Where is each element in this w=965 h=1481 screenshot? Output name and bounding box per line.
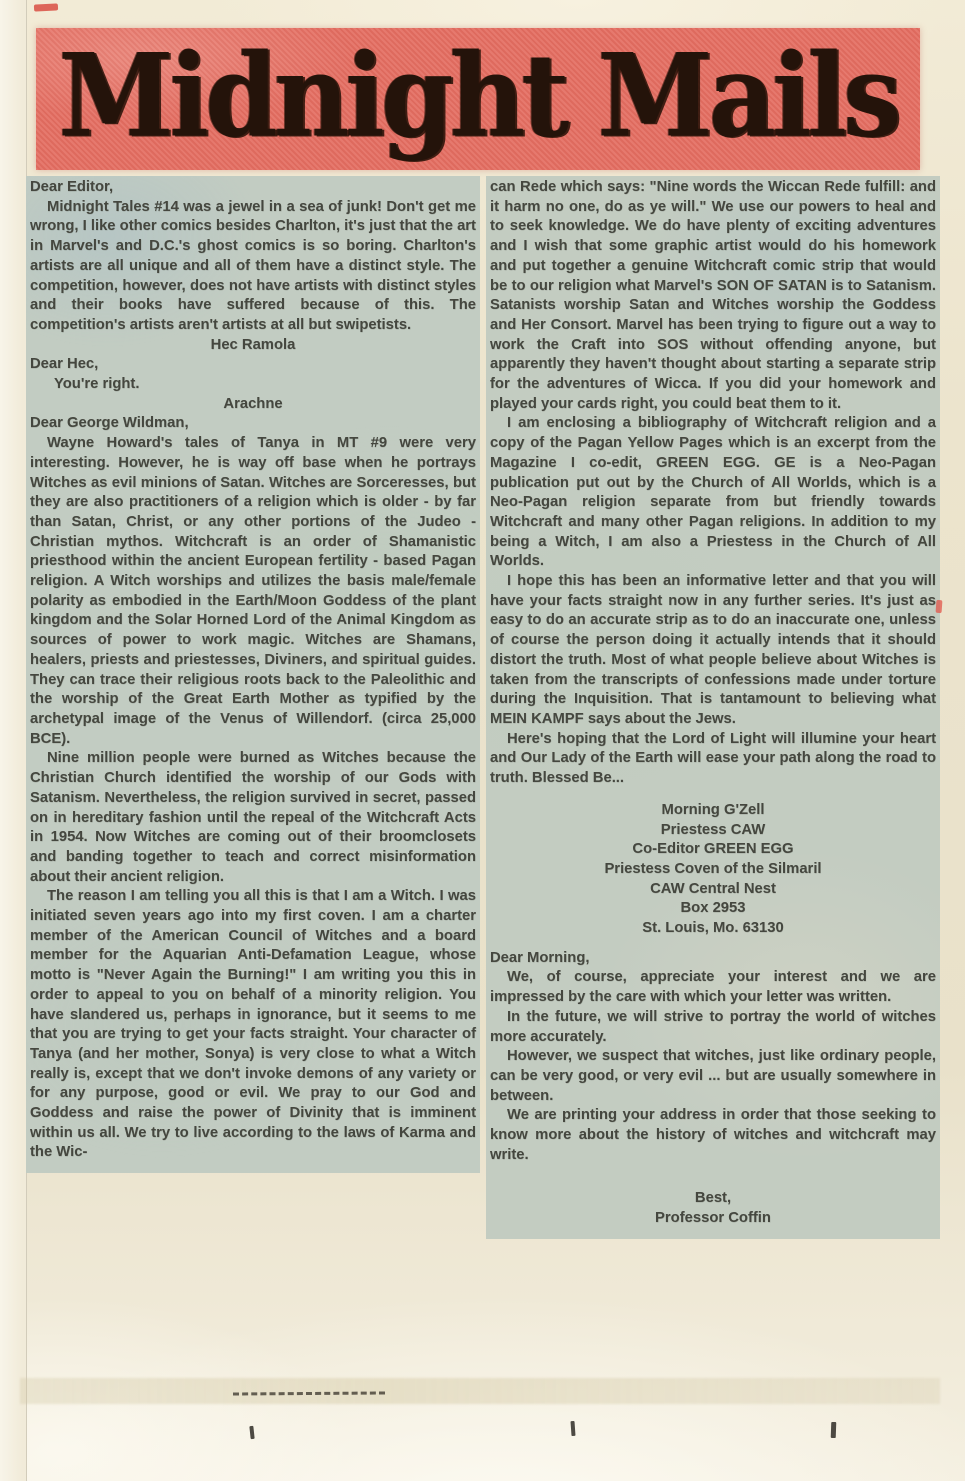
letter-paragraph: can Rede which says: "Nine words the Wic… bbox=[490, 178, 936, 414]
signature-line: Priestess Coven of the Silmaril bbox=[490, 860, 936, 880]
letter-signature-block: Morning G'Zell Priestess CAW Co-Editor G… bbox=[490, 801, 936, 939]
signature-line: St. Louis, Mo. 63130 bbox=[490, 919, 936, 939]
page-title: Midnight Mails bbox=[36, 21, 920, 177]
letter-signature: Arachne bbox=[30, 395, 476, 415]
scan-smudge-halo bbox=[20, 1378, 940, 1404]
left-column: Dear Editor, Midnight Tales #14 was a je… bbox=[26, 176, 480, 1173]
editor-closing: Best, Professor Coffin bbox=[490, 1189, 936, 1228]
letter-paragraph: I hope this has been an informative lett… bbox=[490, 572, 936, 730]
letter-salutation: Dear Morning, bbox=[490, 949, 936, 969]
right-column: can Rede which says: "Nine words the Wic… bbox=[486, 176, 940, 1239]
editor-reply-paragraph: We, of course, appreciate your interest … bbox=[490, 968, 936, 1007]
letter-signature: Hec Ramola bbox=[30, 336, 476, 356]
editor-reply-paragraph: In the future, we will strive to portray… bbox=[490, 1008, 936, 1047]
signature-line: CAW Central Nest bbox=[490, 880, 936, 900]
letter-paragraph: The reason I am telling you all this is … bbox=[30, 887, 476, 1163]
editor-reply: You're right. bbox=[30, 375, 476, 395]
letter-salutation: Dear George Wildman, bbox=[30, 414, 476, 434]
paper-left-edge bbox=[0, 0, 27, 1481]
letter-paragraph: Midnight Tales #14 was a jewel in a sea … bbox=[30, 198, 476, 336]
letter-paragraph: Here's hoping that the Lord of Light wil… bbox=[490, 730, 936, 789]
scan-tick-mark bbox=[831, 1422, 837, 1438]
scan-tick-mark bbox=[570, 1421, 575, 1436]
letter-paragraph: I am enclosing a bibliography of Witchcr… bbox=[490, 414, 936, 572]
signature-line: Co-Editor GREEN EGG bbox=[490, 840, 936, 860]
letter-paragraph: Nine million people were burned as Witch… bbox=[30, 749, 476, 887]
red-ink-mark-right bbox=[936, 600, 943, 613]
signature-line: Priestess CAW bbox=[490, 821, 936, 841]
page-banner: Midnight Mails bbox=[36, 28, 920, 170]
signature-line: Morning G'Zell bbox=[490, 801, 936, 821]
closing-line: Professor Coffin bbox=[490, 1209, 936, 1229]
scan-tick-mark bbox=[249, 1426, 254, 1439]
editor-reply-paragraph: However, we suspect that witches, just l… bbox=[490, 1047, 936, 1106]
letter-salutation: Dear Hec, bbox=[30, 355, 476, 375]
editor-reply-paragraph: We are printing your address in order th… bbox=[490, 1106, 936, 1165]
letter-salutation: Dear Editor, bbox=[30, 178, 476, 198]
letter-paragraph: Wayne Howard's tales of Tanya in MT #9 w… bbox=[30, 434, 476, 749]
red-ink-mark-top bbox=[34, 3, 58, 11]
signature-line: Box 2953 bbox=[490, 899, 936, 919]
closing-line: Best, bbox=[490, 1189, 936, 1209]
